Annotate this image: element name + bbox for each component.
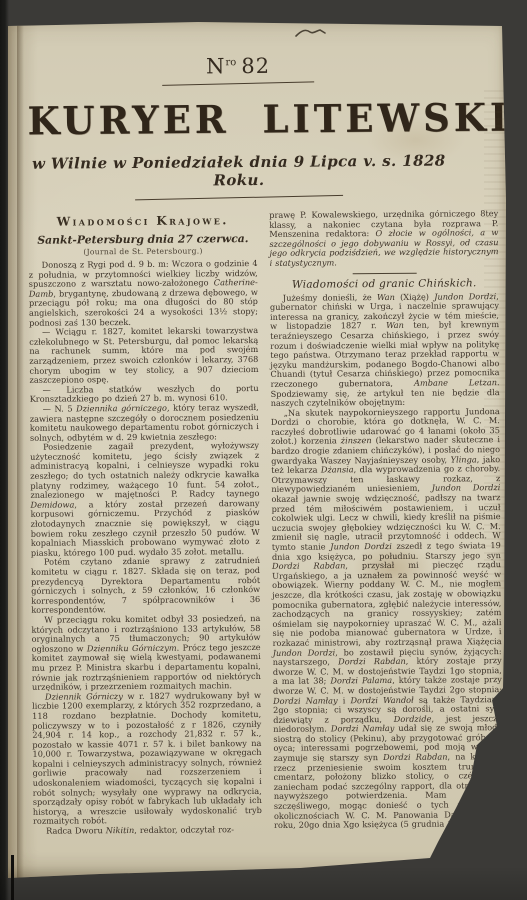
- article-dateline: Sankt-Petersburg dnia 27 czerwca.: [28, 232, 257, 247]
- issue-prefix: N: [206, 54, 226, 78]
- right-column: prawę P. Kowalewskiego, urzędnika górnic…: [269, 209, 503, 834]
- article-source: (Journal de St. Petersbourg.): [28, 246, 257, 257]
- scan-background: Nro82 KURYER LITEWSKI w Wilnie w Poniedz…: [0, 0, 527, 900]
- china-news-heading: Wiadomości od granic Chińskich.: [270, 277, 499, 291]
- paragraph: Potém czytano zdanie sprawy z zatrudnień…: [31, 556, 260, 615]
- ink-smudge: [294, 24, 328, 36]
- issue-number: Nro82: [3, 52, 473, 80]
- masthead-rule: [135, 195, 343, 201]
- left-column: Wiadomości Krajowe. Sankt-Petersburg dni…: [28, 211, 262, 836]
- paragraph: Radca Dworu Nikitin, redaktor, odczytał …: [33, 825, 262, 836]
- paragraph: Jużeśmy donieśli, że Wan (Xiążę) Jundon …: [270, 292, 500, 409]
- paragraph: W przeciągu roku komitet odbył 33 posied…: [31, 614, 261, 693]
- newspaper-page: Nro82 KURYER LITEWSKI w Wilnie w Poniedz…: [8, 20, 514, 878]
- article-continuation: prawę P. Kowalewskiego, urzędnika górnic…: [269, 209, 498, 268]
- paragraph: Dziennik Górniczy w r. 1827 wydrukowany …: [32, 691, 262, 827]
- issue-superscript: ro: [225, 57, 236, 68]
- paragraph: — Wciągu r. 1827, komitet lekarski towar…: [29, 326, 258, 385]
- masthead-title: KURYER LITEWSKI: [27, 94, 497, 143]
- issue-value: 82: [241, 54, 270, 78]
- article-divider-rule: [352, 272, 416, 274]
- issue-underline-rule: [162, 81, 314, 86]
- page-content: Nro82 KURYER LITEWSKI w Wilnie w Poniedz…: [5, 18, 518, 880]
- paragraph: Donoszą z Rygi pod d. 9 b. m: Wczora o g…: [29, 259, 259, 328]
- paragraph: „Na skutek naypokornieyszego rapportu Ju…: [271, 407, 503, 831]
- domestic-news-heading: Wiadomości Krajowe.: [28, 213, 257, 229]
- masthead: Nro82 KURYER LITEWSKI w Wilnie w Poniedz…: [27, 52, 498, 200]
- masthead-dateline: w Wilnie w Poniedziałek dnia 9 Lipca v. …: [4, 151, 474, 191]
- paragraph: — N. 5 Dziennika górniczego, który teraz…: [30, 403, 259, 443]
- ink-bleedthrough: [484, 90, 508, 590]
- text-columns: Wiadomości Krajowe. Sankt-Petersburg dni…: [28, 209, 503, 836]
- paragraph: Posiedzenie zagaił prezydent, wyłożywszy…: [30, 441, 260, 558]
- binding-fold-shadow: [17, 20, 24, 878]
- spine-edge-line: [11, 855, 14, 900]
